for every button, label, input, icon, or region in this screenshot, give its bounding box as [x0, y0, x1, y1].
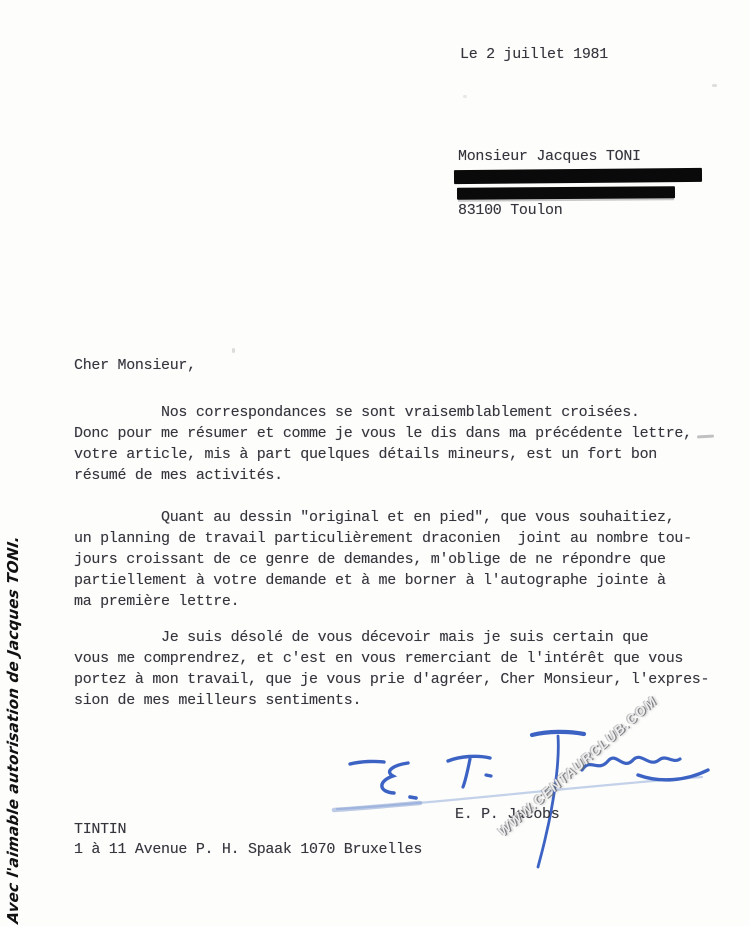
scanned-letter-page: Le 2 juillet 1981 Monsieur Jacques TONI … [0, 0, 750, 926]
letter-paragraph: Nos correspondances se sont vraisemblabl… [74, 402, 692, 486]
salutation: Cher Monsieur, [74, 355, 196, 376]
scan-speckle [232, 348, 235, 353]
footer-address: 1 à 11 Avenue P. H. Spaak 1070 Bruxelles [74, 839, 422, 860]
left-margin-caption: Avec l'aimable autorisation de Jacques T… [4, 512, 22, 925]
redaction-bar [457, 186, 675, 200]
scan-speckle [697, 435, 714, 439]
letter-paragraph: Quant au dessin "original et en pied", q… [74, 507, 692, 612]
letter-paragraph: Je suis désolé de vous décevoir mais je … [74, 627, 709, 711]
footer-organization: TINTIN [74, 819, 126, 840]
scan-speckle [463, 95, 467, 98]
scan-speckle [712, 84, 717, 87]
redaction-bar [454, 168, 702, 184]
letter-date: Le 2 juillet 1981 [460, 44, 608, 65]
recipient-name: Monsieur Jacques TONI [458, 146, 641, 167]
recipient-city: 83100 Toulon [458, 200, 562, 221]
